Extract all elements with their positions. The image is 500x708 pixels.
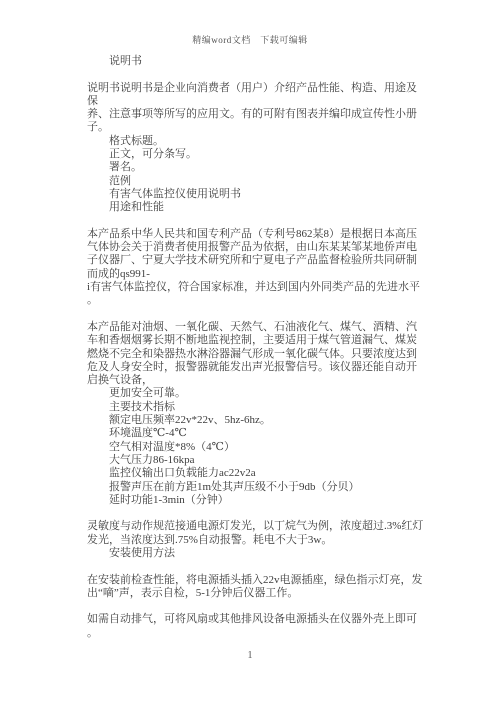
blank-line xyxy=(87,68,419,81)
text-line: 子。 xyxy=(87,121,419,134)
text-line: 。 xyxy=(87,627,419,640)
text-line: 子仪器厂、宁夏大学技术研究所和宁夏电子产品监督检验所共同研制 xyxy=(87,254,419,267)
text-line: 更加安全可靠。 xyxy=(87,387,419,400)
text-line: 发光，当浓度达到.75%自动报警。耗电不大于3w。 xyxy=(87,534,419,547)
text-line: 危及人身安全时，报警器就能发出声光报警信号。该仪器还能自动开 xyxy=(87,361,419,374)
blank-line xyxy=(87,507,419,520)
text-line: 用途和性能 xyxy=(87,201,419,214)
text-line: 署名。 xyxy=(87,161,419,174)
text-line: 有害气体监控仪使用说明书 xyxy=(87,188,419,201)
text-line: 养、注意事项等所写的应用文。有的可附有图表并编印成宣传性小册 xyxy=(87,108,419,121)
text-line: 保 xyxy=(87,95,419,108)
text-line: 空气相对温度*8%（4℃） xyxy=(87,441,419,454)
text-line: 安装使用方法 xyxy=(87,547,419,560)
text-line: 大气压力86-16kpa xyxy=(87,454,419,467)
text-line: 。 xyxy=(87,294,419,307)
blank-line xyxy=(87,560,419,573)
text-line: 而成的qs991- xyxy=(87,268,419,281)
blank-line xyxy=(87,308,419,321)
text-line: 环境温度℃-4℃ xyxy=(87,427,419,440)
page-number: 1 xyxy=(0,650,500,661)
blank-line xyxy=(87,600,419,613)
text-line: i有害气体监控仪，符合国家标准，并达到国内外同类产品的先进水平 xyxy=(87,281,419,294)
text-line: 延时功能1-3min（分钟） xyxy=(87,494,419,507)
text-line: 燃烧不完全和染器热水淋浴器漏气形成一氧化碳气体。只要浓度达到 xyxy=(87,348,419,361)
text-line: 主要技术指标 xyxy=(87,401,419,414)
document-page: 说明书 说明书说明书是企业向消费者（用户）介绍产品性能、构造、用途及 保 养、注… xyxy=(87,55,419,640)
document-title: 说明书 xyxy=(87,55,419,68)
text-line: 出“嘀”声，表示自检，5-1分钟后仪器工作。 xyxy=(87,587,419,600)
text-line: 说明书说明书是企业向消费者（用户）介绍产品性能、构造、用途及 xyxy=(87,82,419,95)
text-line: 报警声压在前方距1m处其声压级不小于9db（分贝） xyxy=(87,481,419,494)
text-line: 正文，可分条写。 xyxy=(87,148,419,161)
text-line: 车和香烟烟雾长期不断地监视控制，主要适用于煤气管道漏气、煤炭 xyxy=(87,334,419,347)
text-line: 范例 xyxy=(87,175,419,188)
text-line: 额定电压频率22v*22v、5hz-6hz。 xyxy=(87,414,419,427)
text-line: 灵敏度与动作规范接通电源灯发光，以丁烷气为例，浓度超过.3%红灯 xyxy=(87,520,419,533)
text-line: 在安装前检查性能，将电源插头插入22v电源插座，绿色指示灯亮，发 xyxy=(87,574,419,587)
text-line: 格式标题。 xyxy=(87,135,419,148)
text-line: 监控仪输出口负载能力ac22v2a xyxy=(87,467,419,480)
watermark-header: 精编word文档 下载可编辑 xyxy=(0,33,500,46)
text-line: 本产品系中华人民共和国专利产品（专利号862某8）是根据日本高压 xyxy=(87,228,419,241)
text-line: 本产品能对油烟、一氧化碳、天然气、石油液化气、煤气、酒精、汽 xyxy=(87,321,419,334)
text-line: 气体协会关于消费者使用报警产品为依据，由山东某某邹某地侨声电 xyxy=(87,241,419,254)
text-line: 启换气设备， xyxy=(87,374,419,387)
blank-line xyxy=(87,215,419,228)
text-line: 如需自动排气，可将风扇或其他排风设备电源插头在仪器外壳上即可 xyxy=(87,613,419,626)
